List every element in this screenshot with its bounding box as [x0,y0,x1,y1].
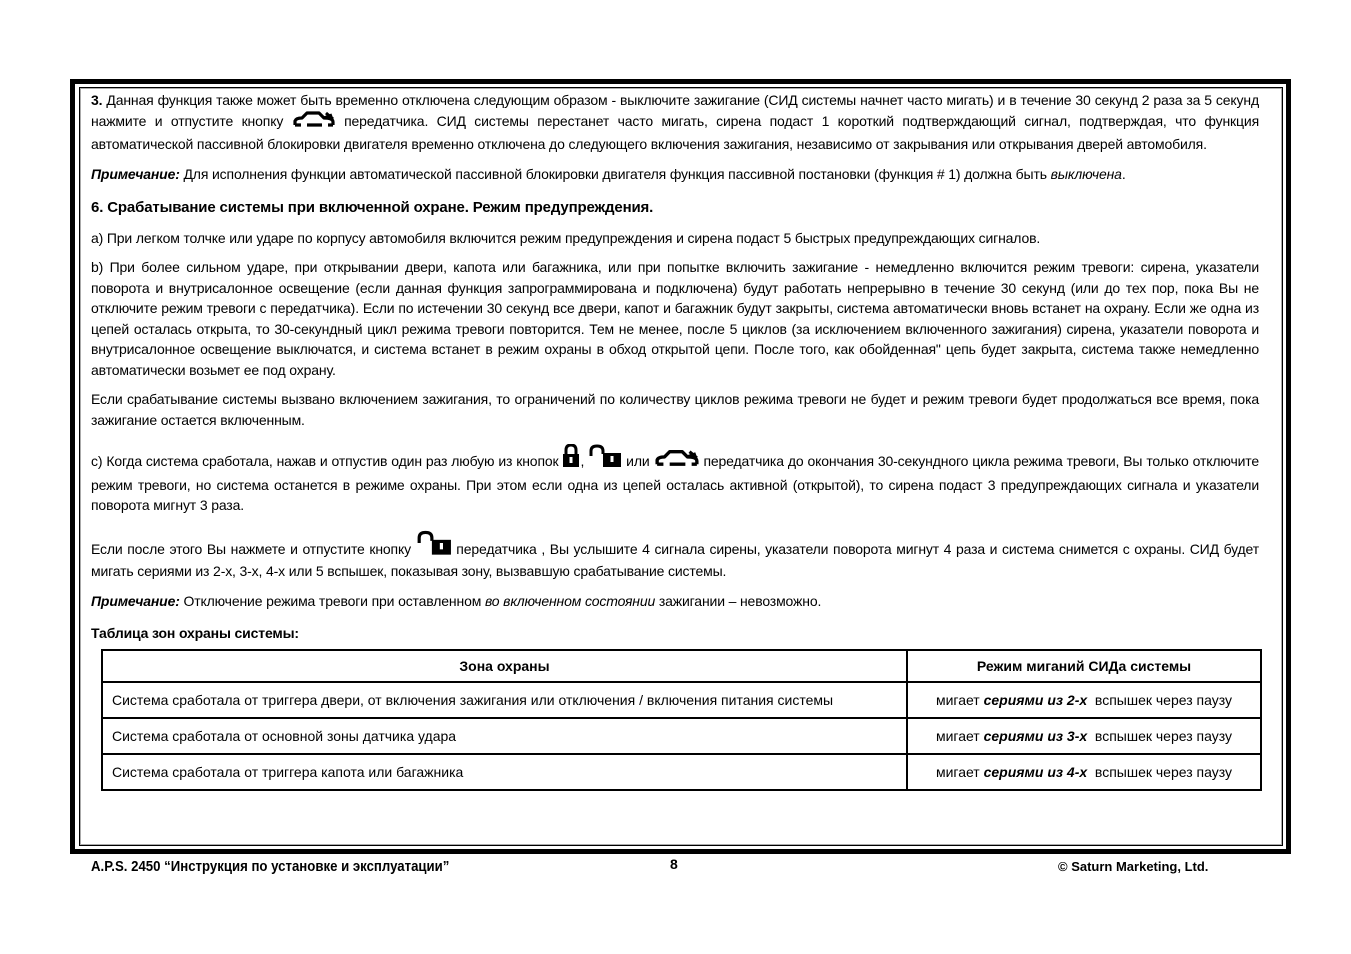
paragraph-after: Если после этого Вы нажмете и отпустите … [91,530,1259,582]
text: мигает [936,728,984,744]
footer-title: A.P.S. 2450 “Инструкция по установке и э… [91,858,498,875]
zone-cell: Система сработала от основной зоны датчи… [102,718,907,754]
footer-title-text: A.P.S. 2450 “Инструкция по установке и э… [91,858,449,875]
text: вспышек через паузу [1087,764,1232,780]
text: мигает [936,692,984,708]
text: c) Когда система сработала, нажав и отпу… [91,453,562,469]
emphasis: во включенном состоянии [485,593,655,609]
text: вспышек через паузу [1087,728,1232,744]
emphasis: выключена [1051,166,1122,182]
table-title: Таблица зон охраны системы: [91,623,1259,644]
document-body: 3. Данная функция также может быть време… [91,90,1259,644]
car-trunk-icon [654,449,700,475]
section-number: 3. [91,92,102,108]
zone-cell: Система сработала от триггера двери, от … [102,682,907,718]
column-header-zone: Зона охраны [102,650,907,682]
table-row: Система сработала от основной зоны датчи… [102,718,1261,754]
zones-table: Зона охраны Режим миганий СИДа системы С… [101,649,1262,791]
note-1: Примечание: Для исполнения функции автом… [91,164,1259,185]
text: Отключение режима тревоги при оставленно… [180,593,485,609]
paragraph-ignition: Если срабатывание системы вызвано включе… [91,389,1259,430]
emphasis: сериями из 3-х [984,728,1088,744]
note-label: Примечание: [91,166,180,182]
text: Для исполнения функции автоматической па… [180,166,1051,182]
paragraph-a: a) При легком толчке или ударе по корпус… [91,228,1259,249]
page-number: 8 [670,856,678,872]
text: мигает [936,764,984,780]
car-trunk-icon [292,111,336,135]
section-6-heading: 6. Срабатывание системы при включенной о… [91,198,1259,219]
text: . [1122,166,1126,182]
emphasis: сериями из 4-х [984,764,1088,780]
zone-cell: Система сработала от триггера капота или… [102,754,907,790]
text: зажигании – невозможно. [655,593,821,609]
footer-copyright: © Saturn Marketing, Ltd. [1058,859,1208,874]
section-3-paragraph: 3. Данная функция также может быть време… [91,90,1259,155]
text: , [580,453,588,469]
note-2: Примечание: Отключение режима тревоги пр… [91,591,1259,612]
text: Если после этого Вы нажмете и отпустите … [91,541,416,557]
unlock-icon [588,444,622,474]
mode-cell: мигает сериями из 2-х вспышек через пауз… [907,682,1261,718]
mode-cell: мигает сериями из 3-х вспышек через пауз… [907,718,1261,754]
text: вспышек через паузу [1087,692,1232,708]
table-row: Система сработала от триггера двери, от … [102,682,1261,718]
paragraph-c: c) Когда система сработала, нажав и отпу… [91,444,1259,516]
paragraph-b: b) При более сильном ударе, при открыван… [91,257,1259,380]
text: или [622,453,653,469]
table-row: Система сработала от триггера капота или… [102,754,1261,790]
lock-icon [562,444,580,474]
unlock-icon [416,530,452,562]
column-header-mode: Режим миганий СИДа системы [907,650,1261,682]
mode-cell: мигает сериями из 4-х вспышек через пауз… [907,754,1261,790]
emphasis: сериями из 2-х [984,692,1088,708]
table-header-row: Зона охраны Режим миганий СИДа системы [102,650,1261,682]
note-label: Примечание: [91,593,180,609]
